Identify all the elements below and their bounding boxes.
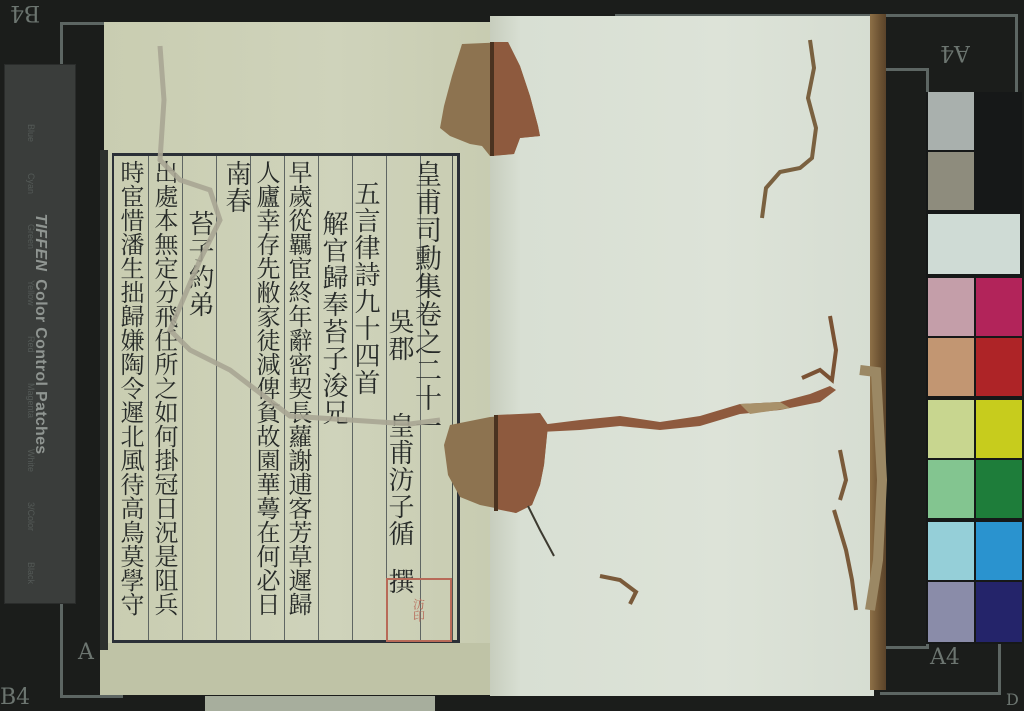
patch-name: Green <box>16 224 36 249</box>
patch-cyan <box>976 522 1022 580</box>
board-label-a4-bottom: A4 <box>930 645 960 670</box>
patch-gray-mid <box>928 152 974 210</box>
red-seal-stamp: 汸印 <box>386 578 452 642</box>
board-guide-right-inner <box>884 68 929 649</box>
patch-light-yellow <box>928 400 974 458</box>
patch-name: White <box>16 449 36 472</box>
board-label-b4-top: B4 <box>10 0 40 25</box>
board-label-a4-top: A4 <box>940 40 970 65</box>
patch-name: Black <box>16 562 36 584</box>
patch-name: Blue <box>16 124 36 142</box>
patch-name: Magenta <box>16 383 36 418</box>
board-label-a-left: A <box>78 640 94 665</box>
left-page-shadow <box>100 150 108 650</box>
patch-gray-light <box>928 92 974 150</box>
board-label-d: D <box>1006 690 1019 709</box>
patch-pink <box>928 278 974 336</box>
patch-white <box>928 214 1020 274</box>
patch-magenta <box>976 278 1022 336</box>
patch-name: Red <box>16 336 36 353</box>
patch-lavender <box>928 582 974 642</box>
patch-navy <box>976 582 1022 642</box>
patch-name: 3/Color <box>16 502 36 531</box>
patch-light-cyan <box>928 522 974 580</box>
underlying-page <box>205 696 435 711</box>
patch-light-green <box>928 460 974 518</box>
crack-lower <box>520 500 650 620</box>
book-left-page-margin <box>100 643 490 695</box>
patch-name: Cyan <box>16 173 36 194</box>
patch-green <box>976 460 1022 518</box>
loose-thread <box>130 40 450 480</box>
crack-top-right <box>750 38 830 228</box>
patch-tan <box>928 338 974 396</box>
color-patch-chart <box>926 92 1022 644</box>
patch-red <box>976 338 1022 396</box>
board-label-b4-bottom: B4 <box>0 685 30 710</box>
patch-yellow <box>976 400 1022 458</box>
tiffen-color-strip: TIFFENColor Control Patches Blue Cyan Gr… <box>4 64 76 604</box>
tiffen-patch-names: Blue Cyan Green Yellow Red Magenta White… <box>16 124 36 584</box>
patch-name: Yellow <box>16 280 36 306</box>
crack-right-side <box>790 310 890 620</box>
